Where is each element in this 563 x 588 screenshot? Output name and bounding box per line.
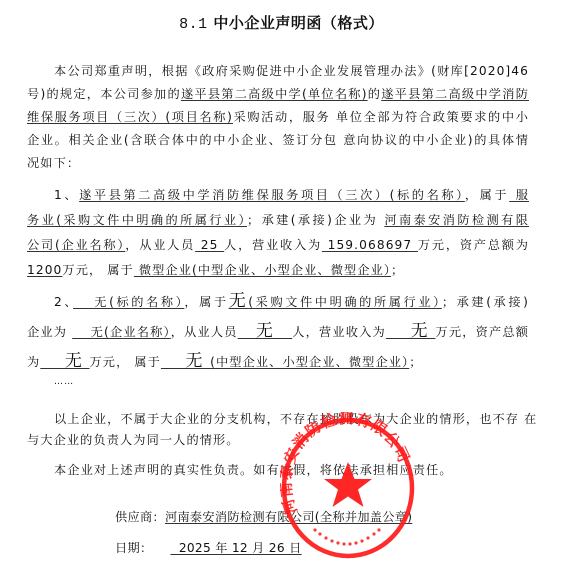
date-value: 2025 年 12 月 26 日 xyxy=(170,541,301,555)
enterprise-type: 无 xyxy=(161,351,210,371)
text: ，属于 xyxy=(184,295,228,309)
item2-line3: 为 无 万元， 属于 无 (中型企业、小型企业、微型企业）； xyxy=(27,353,529,370)
text: ，属于 xyxy=(465,188,509,202)
item2-line2: 企业为 无(企业名称），从业人员 无 人，营业收入为 无 万元，资产总额 xyxy=(27,323,529,340)
text: ； xyxy=(409,355,422,369)
para1-line2: 号)的规定，本公司参加的遂平县第二高级中学(单位名称)的遂平县第二高级中学消防 xyxy=(27,86,529,102)
employees: 25 xyxy=(195,238,224,252)
supplier-value: 河南泰安消防检测有限公司(全称并加盖公章) xyxy=(165,510,412,524)
text: 为 xyxy=(27,355,40,369)
revenue: 无 xyxy=(386,321,436,341)
total-assets: 无 xyxy=(40,351,89,371)
title-text: 中小企业声明函（格式） xyxy=(213,14,384,32)
industry-note: (采购文件中明确的所属行业） xyxy=(248,295,442,309)
text: 号)的规定，本公司参加的 xyxy=(27,87,181,101)
para2-line2: 与大企业的负责人为同一人的情形。 xyxy=(27,432,529,448)
text: 人，营业收入为 xyxy=(224,238,322,252)
text: 人，营业收入为 xyxy=(292,325,386,339)
date-row: 日期： 2025 年 12 月 26 日 xyxy=(115,539,302,556)
para1-line3: 维保服务项目（三次）(项目名称)采购活动，服务 单位全部为符合政策要求的中小 xyxy=(27,109,529,125)
revenue: 159.068697 xyxy=(322,238,418,252)
document-page: 8.1 中小企业声明函（格式） 本公司郑重声明，根据《政府采购促进中小企业发展管… xyxy=(0,0,563,588)
text: ；承建(承接) xyxy=(442,295,529,309)
text: ；承建(承接)企业为 xyxy=(247,213,384,227)
supplier-row: 供应商：河南泰安消防检测有限公司(全称并加盖公章) xyxy=(115,508,412,525)
company-name-part1: 河南泰安消防检测有限 xyxy=(384,213,529,227)
item1-line1: 1、遂平县第二高级中学消防维保服务项目（三次）(标的名称），属于 服 xyxy=(54,187,529,203)
unit-name: 遂平县第二高级中学(单位名称) xyxy=(181,87,368,101)
item-number: 2、 xyxy=(54,295,73,309)
company-name-part2: 公司(企业名称） xyxy=(27,238,125,252)
para1-line5: 况如下： xyxy=(27,155,529,171)
text: 万元，资产总额 xyxy=(435,325,529,339)
enterprise-type: 微型企业(中型企业、小型企业、微型企业） xyxy=(134,263,391,277)
text: 万元，资产总额为 xyxy=(418,238,529,252)
company-name: 无(企业名称） xyxy=(72,325,171,339)
item1-line4: 1200万元， 属于 微型企业(中型企业、小型企业、微型企业）； xyxy=(27,262,529,278)
item2-line1: 2、 无(标的名称），属于无(采购文件中明确的所属行业）；承建(承接) xyxy=(54,293,529,310)
supplier-label: 供应商： xyxy=(115,510,165,524)
subject-name: 无(标的名称） xyxy=(73,295,184,309)
text: 的 xyxy=(368,87,382,101)
text: 企业为 xyxy=(27,325,72,339)
para1-line1: 本公司郑重声明，根据《政府采购促进中小企业发展管理办法》(财库[2020]46 xyxy=(54,63,529,79)
date-label: 日期： xyxy=(115,541,152,555)
enterprise-type-note: (中型企业、小型企业、微型企业） xyxy=(210,355,409,369)
item-number: 1、 xyxy=(54,188,79,202)
item1-line3: 公司(企业名称），从业人员 25 人，营业收入为 159.068697 万元，资… xyxy=(27,237,529,253)
industry-value: 无 xyxy=(229,291,249,311)
title-number: 8.1 xyxy=(179,16,208,33)
industry-part2: 务业(采购文件中明确的所属行业） xyxy=(27,213,247,227)
ellipsis: …… xyxy=(54,374,529,390)
text: 万元， 属于 xyxy=(90,355,161,369)
para2-line1: 以上企业，不属于大企业的分支机构，不存在控股股东为大企业的情形，也不存 在 xyxy=(54,411,529,427)
total-assets: 1200 xyxy=(27,263,62,277)
subject-name: 遂平县第二高级中学消防维保服务项目（三次）(标的名称） xyxy=(79,188,465,202)
text: 万元， 属于 xyxy=(62,263,133,277)
text: ，从业人员 xyxy=(171,325,238,339)
item1-line2: 务业(采购文件中明确的所属行业）；承建(承接)企业为 河南泰安消防检测有限 xyxy=(27,212,529,228)
text: 采购活动，服务 单位全部为符合政策要求的中小 xyxy=(233,110,529,124)
page-title: 8.1 中小企业声明函（格式） xyxy=(0,12,563,33)
industry-part1: 服 xyxy=(509,188,529,202)
text: ； xyxy=(391,263,404,277)
employees: 无 xyxy=(238,321,293,341)
project-name-part1: 遂平县第二高级中学消防 xyxy=(381,87,529,101)
para3: 本企业对上述声明的真实性负责。如有虚假，将依法承担相应责任。 xyxy=(54,462,529,478)
project-name-part2: 维保服务项目（三次）(项目名称) xyxy=(27,110,233,124)
para1-line4: 企业。相关企业(含联合体中的中小企业、签订分包 意向协议的中小企业)的具体情 xyxy=(27,132,529,148)
text: ，从业人员 xyxy=(125,238,195,252)
